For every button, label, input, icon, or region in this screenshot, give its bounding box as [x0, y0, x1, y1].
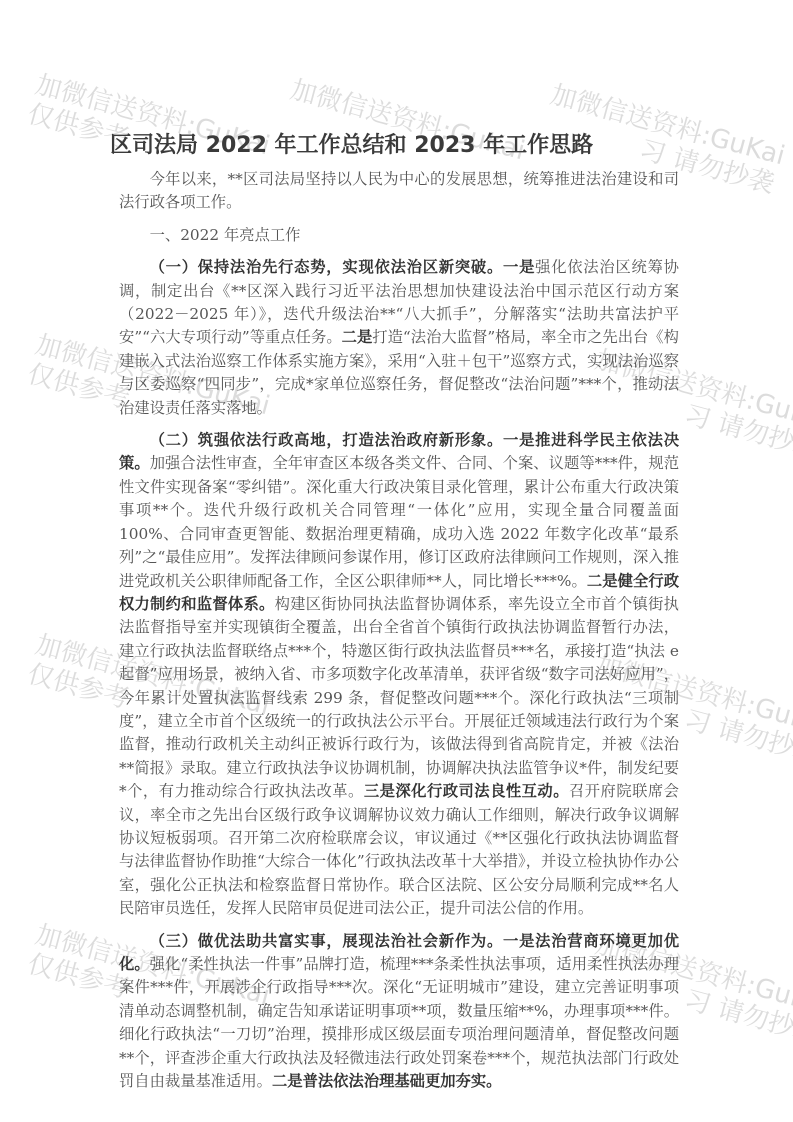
document-title: 区司法局 2022 年工作总结和 2023 年工作思路: [110, 128, 690, 159]
intro-paragraph: 今年以来，**区司法局坚持以人民为中心的发展思想，统筹推进法治建设和司法行政各项…: [119, 168, 679, 215]
document-body: 今年以来，**区司法局坚持以人民为中心的发展思想，统筹推进法治建设和司法行政各项…: [119, 168, 679, 1093]
paragraph-2: （二）筑强依法行政高地，打造法治政府新形象。一是推进科学民主依法决策。加强合法性…: [119, 429, 679, 921]
document-page: 加微信送资料:GuKai仅供参考 加微信送资料:GuKai 加微信送资料:GuK…: [0, 0, 793, 1122]
section-heading: 一、2022 年亮点工作: [119, 224, 679, 247]
paragraph-1-lead: （一）保持法治先行态势，实现依法治区新突破。一是: [150, 258, 536, 276]
paragraph-1: （一）保持法治先行态势，实现依法治区新突破。一是强化依法治区统筹协调，制定出台《…: [119, 256, 679, 420]
paragraph-3: （三）做优法助共富实事，展现法治社会新作为。一是法治营商环境更加优化。强化“柔性…: [119, 930, 679, 1094]
